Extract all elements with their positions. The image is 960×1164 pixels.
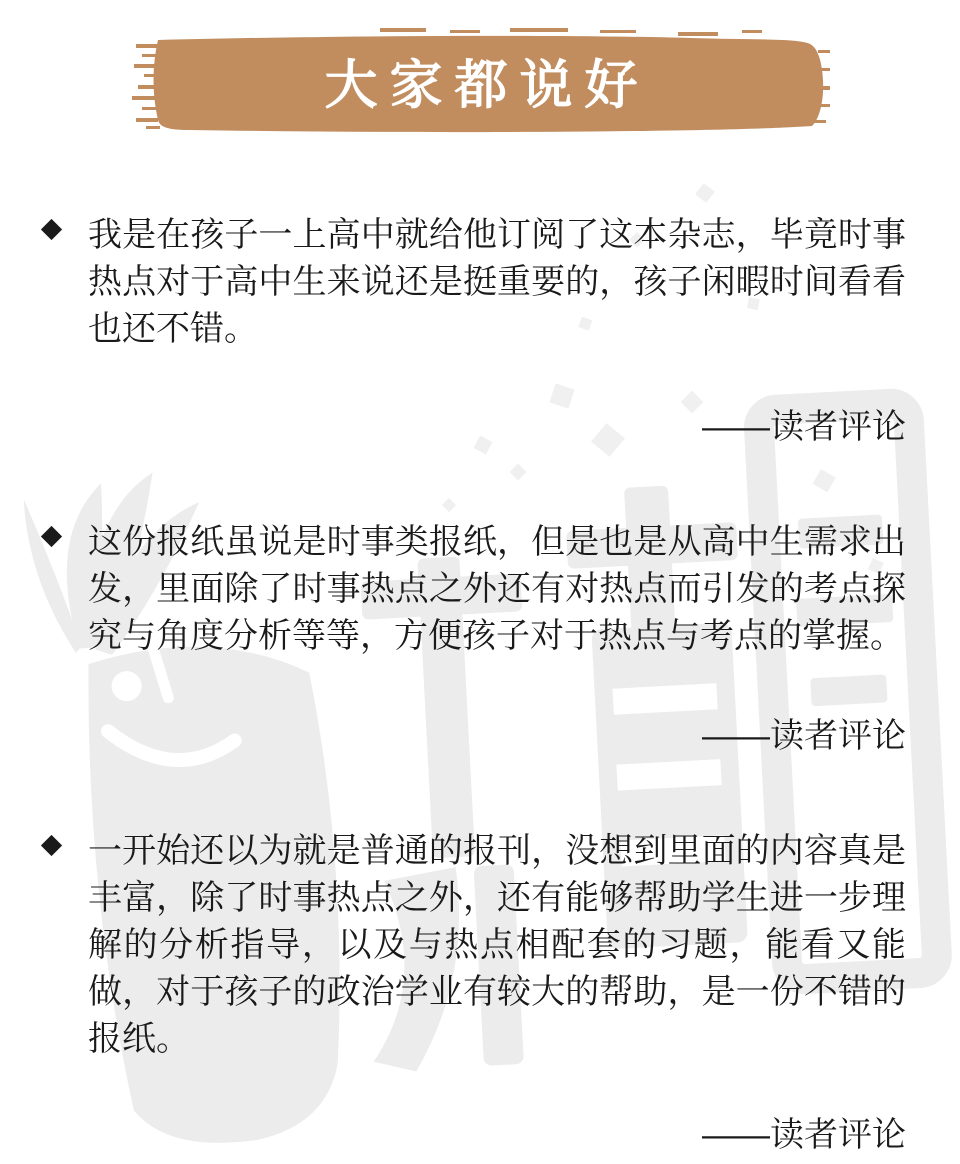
diamond-bullet-icon bbox=[41, 526, 62, 547]
review-text-3: 一开始还以为就是普通的报刊，没想到里面的内容真是丰富，除了时事热点之外，还有能够… bbox=[88, 828, 906, 1063]
review-item-2: 这份报纸虽说是时事类报纸，但是也是从高中生需求出发，里面除了时事热点之外还有对热… bbox=[88, 519, 906, 660]
review-attribution-3: ——读者评论 bbox=[88, 1112, 906, 1159]
section-title-banner: 大家都说好 bbox=[130, 28, 832, 140]
review-item-1: 我是在孩子一上高中就给他订阅了这本杂志，毕竟时事热点对于高中生来说还是挺重要的，… bbox=[88, 212, 906, 353]
page-title: 大家都说好 bbox=[130, 28, 832, 140]
diamond-bullet-icon bbox=[41, 219, 62, 240]
reader-reviews-page: 大家都说好 我是在孩子一上高中就给他订阅了这本杂志，毕竟时事热点对于高中生来说还… bbox=[0, 0, 960, 1164]
review-attribution-1: ——读者评论 bbox=[88, 404, 906, 451]
diamond-bullet-icon bbox=[41, 835, 62, 856]
review-text-2: 这份报纸虽说是时事类报纸，但是也是从高中生需求出发，里面除了时事热点之外还有对热… bbox=[88, 519, 906, 660]
review-item-3: 一开始还以为就是普通的报刊，没想到里面的内容真是丰富，除了时事热点之外，还有能够… bbox=[88, 828, 906, 1063]
review-attribution-2: ——读者评论 bbox=[88, 713, 906, 760]
review-text-1: 我是在孩子一上高中就给他订阅了这本杂志，毕竟时事热点对于高中生来说还是挺重要的，… bbox=[88, 212, 906, 353]
